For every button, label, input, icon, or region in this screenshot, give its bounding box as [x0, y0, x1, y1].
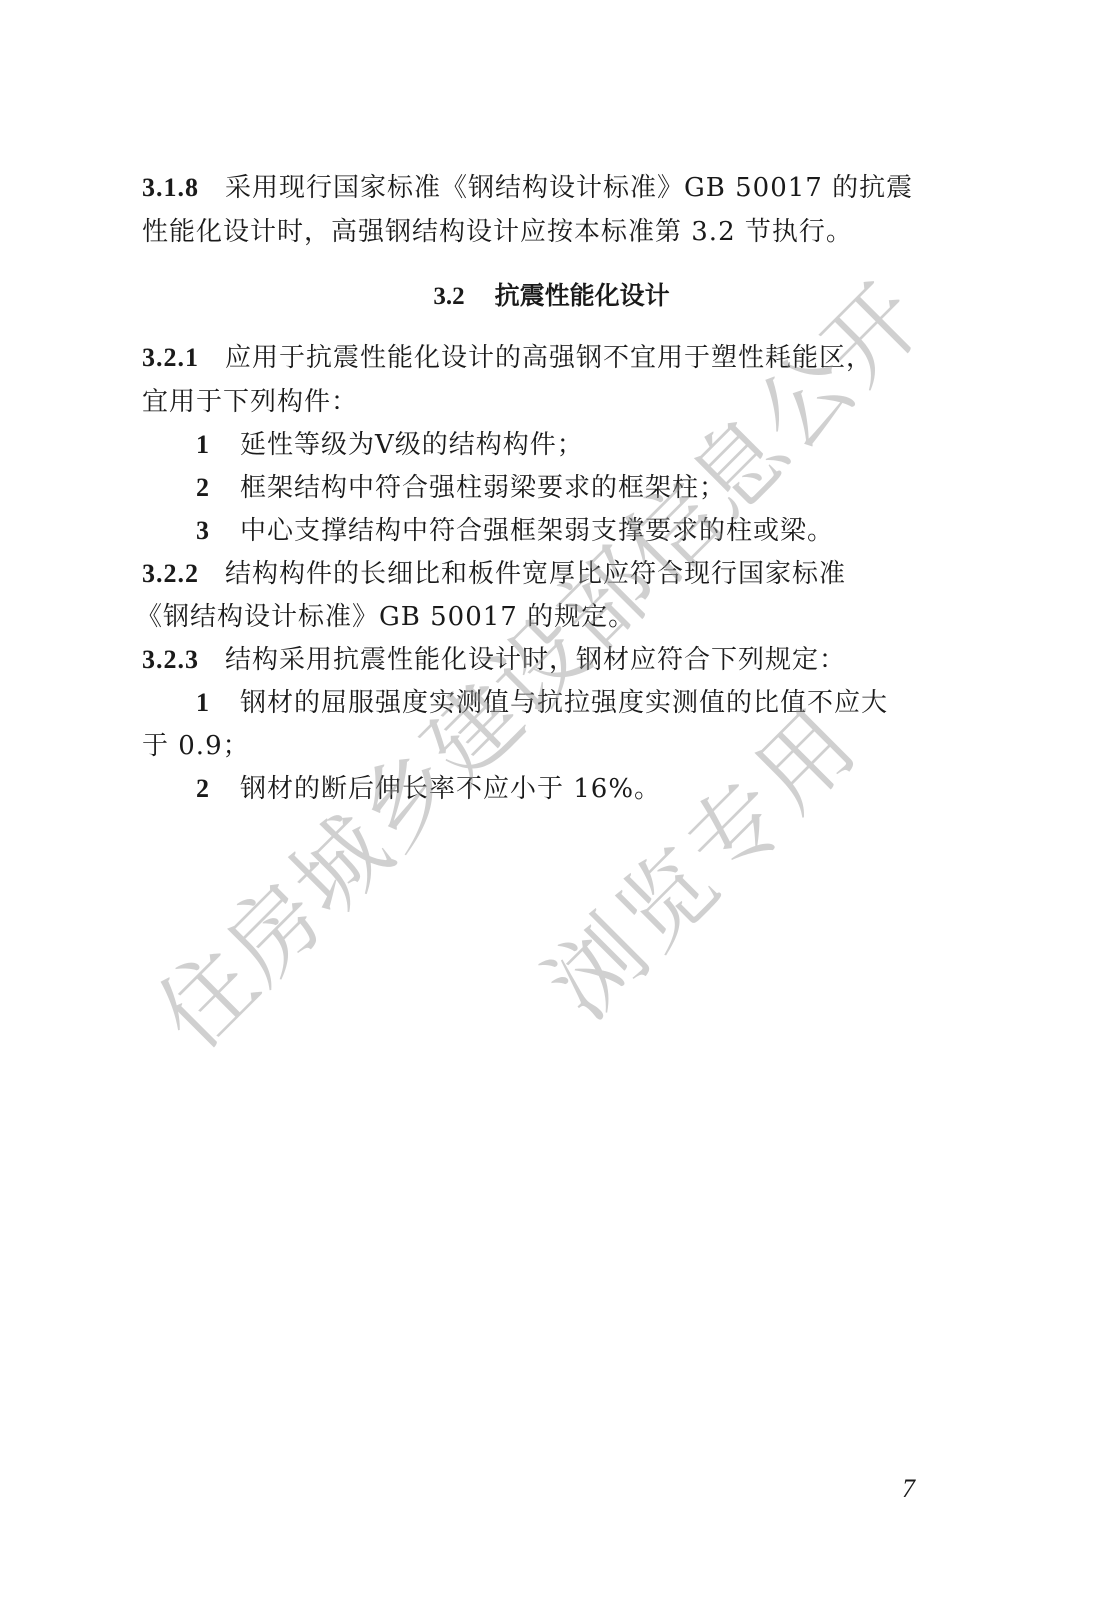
clause-number: 3.2.1: [142, 343, 199, 372]
list-item-continuation: 于 0.9；: [142, 724, 947, 768]
clause-3-2-1-line1: 3.2.1应用于抗震性能化设计的高强钢不宜用于塑性耗能区，: [142, 336, 947, 380]
clause-text: 结构采用抗震性能化设计时，钢材应符合下列规定：: [225, 645, 846, 675]
section-number: 3.2: [433, 283, 464, 310]
clause-text: 采用现行国家标准《钢结构设计标准》GB 50017 的抗震: [225, 173, 913, 203]
clause-3-1-8-line2: 性能化设计时，高强钢结构设计应按本标准第 3.2 节执行。: [142, 210, 947, 254]
list-item: 3中心支撑结构中符合强框架弱支撑要求的柱或梁。: [196, 509, 1001, 553]
section-title-text: 抗震性能化设计: [495, 281, 670, 310]
clause-number: 3.1.8: [142, 173, 199, 202]
clause-3-2-2-line1: 3.2.2结构构件的长细比和板件宽厚比应符合现行国家标准: [142, 552, 947, 596]
clause-text: 结构构件的长细比和板件宽厚比应符合现行国家标准: [225, 559, 846, 589]
item-number: 1: [196, 423, 214, 467]
item-text: 钢材的断后伸长率不应小于 16%。: [240, 774, 661, 804]
document-page: 3.1.8采用现行国家标准《钢结构设计标准》GB 50017 的抗震 性能化设计…: [0, 0, 1103, 1598]
item-number: 3: [196, 509, 214, 553]
clause-number: 3.2.2: [142, 559, 199, 588]
page-number: 7: [902, 1474, 915, 1504]
clause-3-2-3-line1: 3.2.3结构采用抗震性能化设计时，钢材应符合下列规定：: [142, 638, 947, 682]
item-number: 2: [196, 767, 214, 811]
clause-3-2-2-line2: 《钢结构设计标准》GB 50017 的规定。: [136, 595, 941, 639]
clause-text: 应用于抗震性能化设计的高强钢不宜用于塑性耗能区，: [225, 343, 873, 373]
clause-number: 3.2.3: [142, 645, 199, 674]
list-item: 2钢材的断后伸长率不应小于 16%。: [196, 767, 1001, 811]
list-item: 2框架结构中符合强柱弱梁要求的框架柱；: [196, 466, 1001, 510]
item-text: 中心支撑结构中符合强框架弱支撑要求的柱或梁。: [240, 516, 834, 546]
item-text: 框架结构中符合强柱弱梁要求的框架柱；: [240, 473, 726, 503]
list-item: 1钢材的屈服强度实测值与抗拉强度实测值的比值不应大: [196, 681, 1001, 725]
list-item: 1延性等级为Ⅴ级的结构构件；: [196, 423, 1001, 467]
item-number: 2: [196, 466, 214, 510]
item-text: 钢材的屈服强度实测值与抗拉强度实测值的比值不应大: [240, 688, 888, 718]
clause-3-2-1-line2: 宜用于下列构件：: [142, 380, 947, 424]
item-number: 1: [196, 681, 214, 725]
section-heading: 3.2抗震性能化设计: [0, 274, 1103, 319]
item-text: 延性等级为Ⅴ级的结构构件；: [240, 430, 584, 460]
clause-3-1-8-line1: 3.1.8采用现行国家标准《钢结构设计标准》GB 50017 的抗震: [142, 166, 947, 210]
